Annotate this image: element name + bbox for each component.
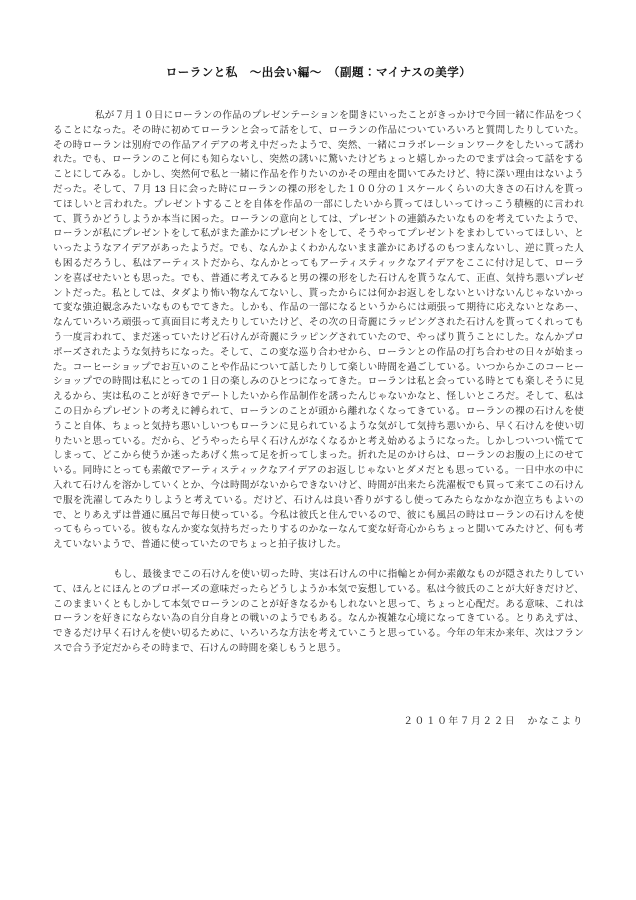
document-body: 私が７月１０日にローランの作品のプレゼンテーションを聞きにいったことがきっかけで… bbox=[53, 109, 584, 657]
document-title: ローランと私 〜出会い編〜 （副題：マイナスの美学） bbox=[53, 64, 584, 80]
paragraph-2: もし、最後までこの石けんを使い切った時、実は石けんの中に指輪とか何か素敵なものが… bbox=[53, 568, 584, 657]
paragraph-1: 私が７月１０日にローランの作品のプレゼンテーションを聞きにいったことがきっかけで… bbox=[53, 109, 584, 553]
document-page: ローランと私 〜出会い編〜 （副題：マイナスの美学） 私が７月１０日にローランの… bbox=[0, 0, 636, 900]
signature-date: ２０１０年７月２２日 かなこより bbox=[53, 713, 584, 727]
